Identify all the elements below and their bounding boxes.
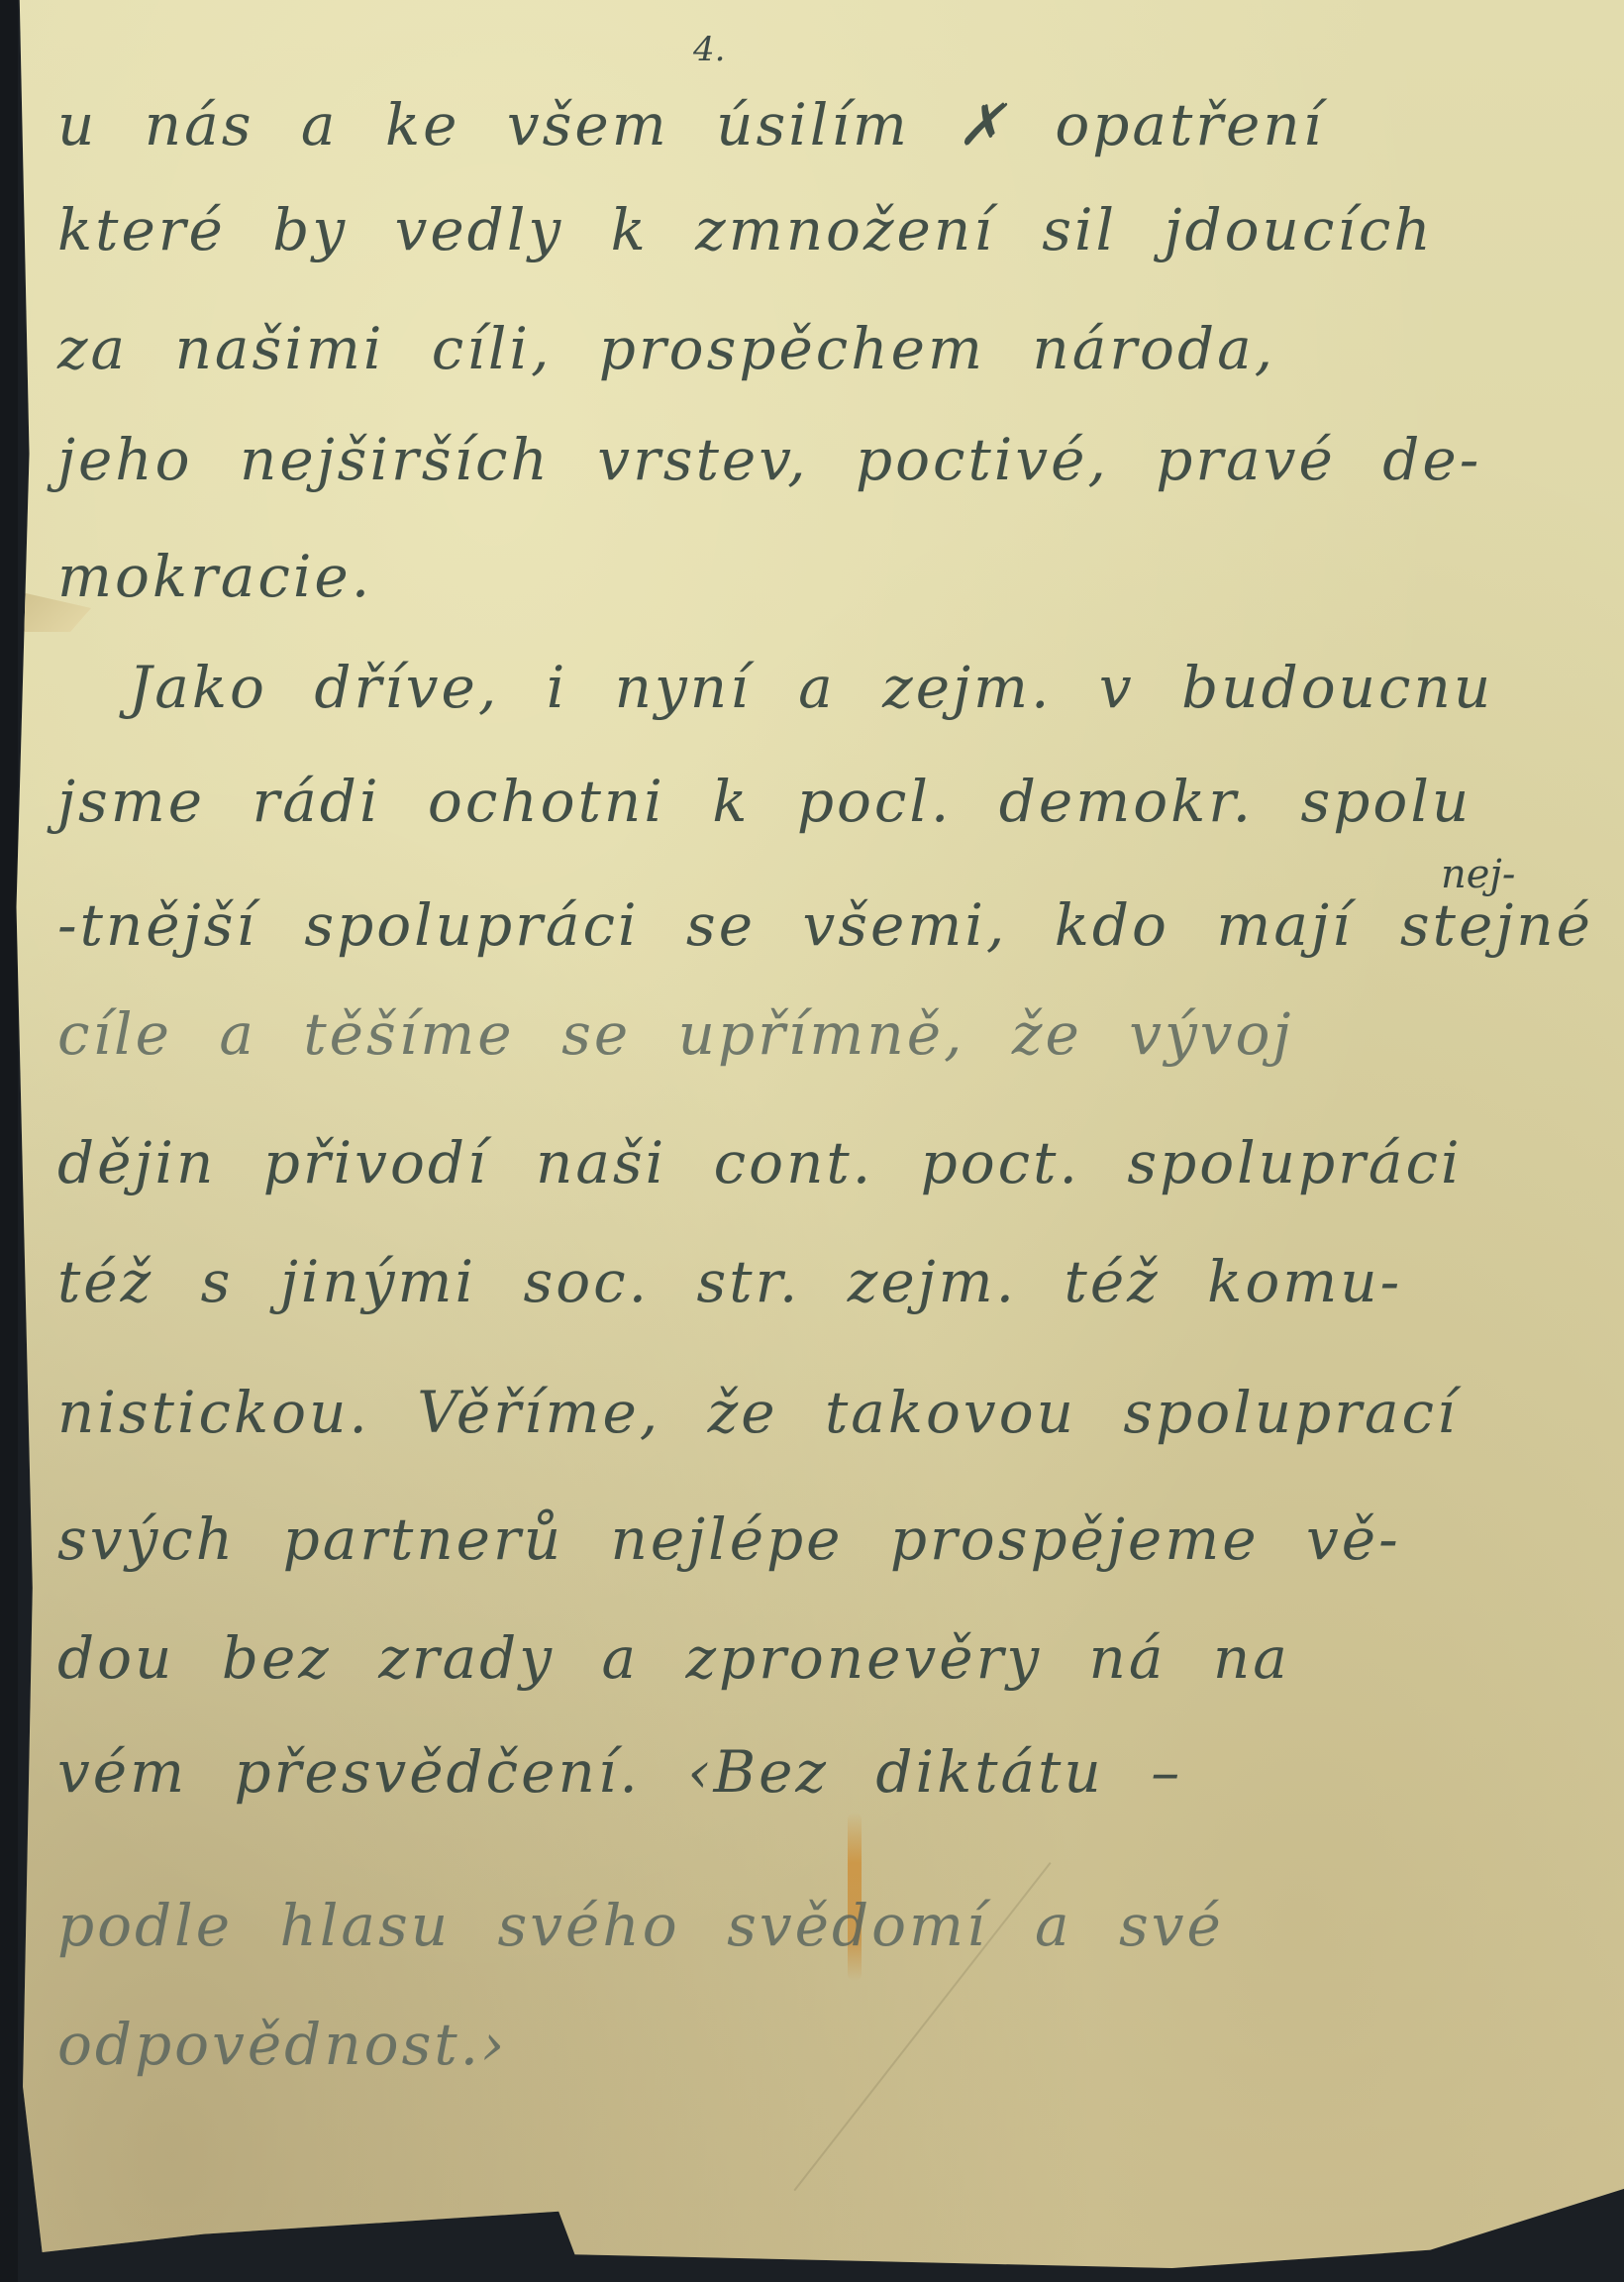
manuscript-line-4: jeho nejširších vrstev, poctivé, pravé d… xyxy=(57,426,1481,493)
manuscript-line-5: mokracie. xyxy=(57,543,372,610)
manuscript-line-14: dou bez zrady a zpronevěry ná na xyxy=(57,1624,1290,1692)
manuscript-line-10: dějin přivodí naši cont. poct. spoluprác… xyxy=(57,1129,1463,1196)
manuscript-line-16: podle hlasu svého svědomí a své xyxy=(57,1892,1224,1959)
manuscript-line-11: též s jinými soc. str. zejm. též komu- xyxy=(57,1248,1402,1315)
manuscript-line-17: odpovědnost.› xyxy=(57,2011,507,2078)
manuscript-line-1: u nás a ke všem úsilím ✗ opatření xyxy=(57,91,1324,158)
manuscript-line-9: cíle a těšíme se upřímně, že vývoj xyxy=(57,1000,1293,1068)
manuscript-line-13: svých partnerů nejlépe prospějeme vě- xyxy=(57,1505,1401,1573)
manuscript-page: 4. u nás a ke všem úsilím ✗ opatření kte… xyxy=(10,0,1624,2268)
page-number: 4. xyxy=(693,30,725,69)
manuscript-line-6: Jako dříve, i nyní a zejm. v budoucnu xyxy=(129,654,1493,721)
manuscript-line-8: -tnější spolupráci se všemi, kdo mají st… xyxy=(57,891,1593,959)
manuscript-line-12: nistickou. Věříme, že takovou spoluprací xyxy=(57,1379,1459,1446)
manuscript-line-2: které by vedly k zmnožení sil jdoucích xyxy=(57,196,1434,263)
manuscript-line-7: jsme rádi ochotni k pocl. demokr. spolu xyxy=(57,768,1472,835)
manuscript-line-3: za našimi cíli, prospěchem národa, xyxy=(57,315,1275,382)
scan-background-edge xyxy=(0,0,18,2282)
manuscript-line-15: vém přesvědčení. ‹Bez diktátu – xyxy=(57,1738,1182,1806)
